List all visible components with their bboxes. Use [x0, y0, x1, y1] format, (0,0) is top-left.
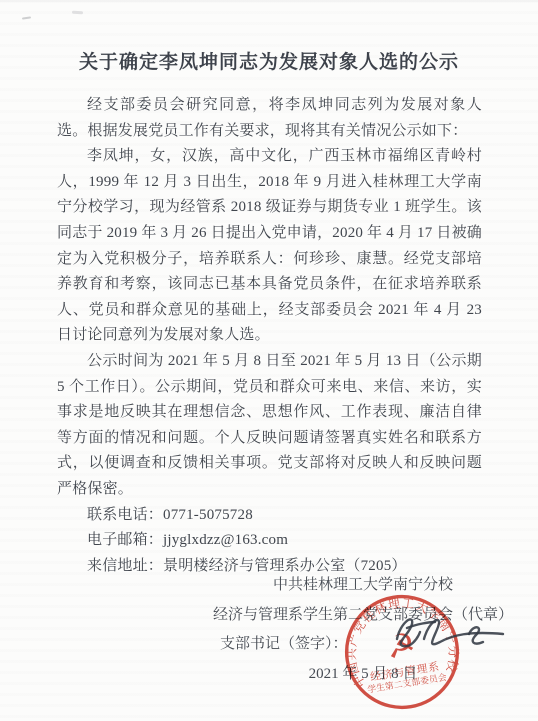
notice-body: 经支部委员会研究同意，将李凤坤同志列为发展对象人选。根据发展党员工作有关要求，现… [57, 93, 482, 579]
scanned-notice-page: 关于确定李凤坤同志为发展对象人选的公示 经支部委员会研究同意，将李凤坤同志列为发… [0, 0, 538, 721]
scan-smudge-mark [22, 16, 31, 19]
contact-phone-line: 联系电话：0771-5075728 [57, 503, 482, 529]
notice-paragraph-2: 李凤坤，女，汉族，高中文化，广西玉林市福绵区青岭村人，1999 年 12 月 3… [57, 144, 482, 349]
handwritten-signature [383, 603, 509, 659]
notice-paragraph-1: 经支部委员会研究同意，将李凤坤同志列为发展对象人选。根据发展党员工作有关要求，现… [57, 93, 482, 144]
scan-smudge-mark [72, 11, 83, 15]
contact-email-line: 电子邮箱：jjyglxdzz@163.com [57, 528, 482, 554]
notice-paragraph-3: 公示时间为 2021 年 5 月 8 日至 2021 年 5 月 13 日（公示… [57, 349, 482, 503]
page-title: 关于确定李凤坤同志为发展对象人选的公示 [0, 47, 538, 74]
